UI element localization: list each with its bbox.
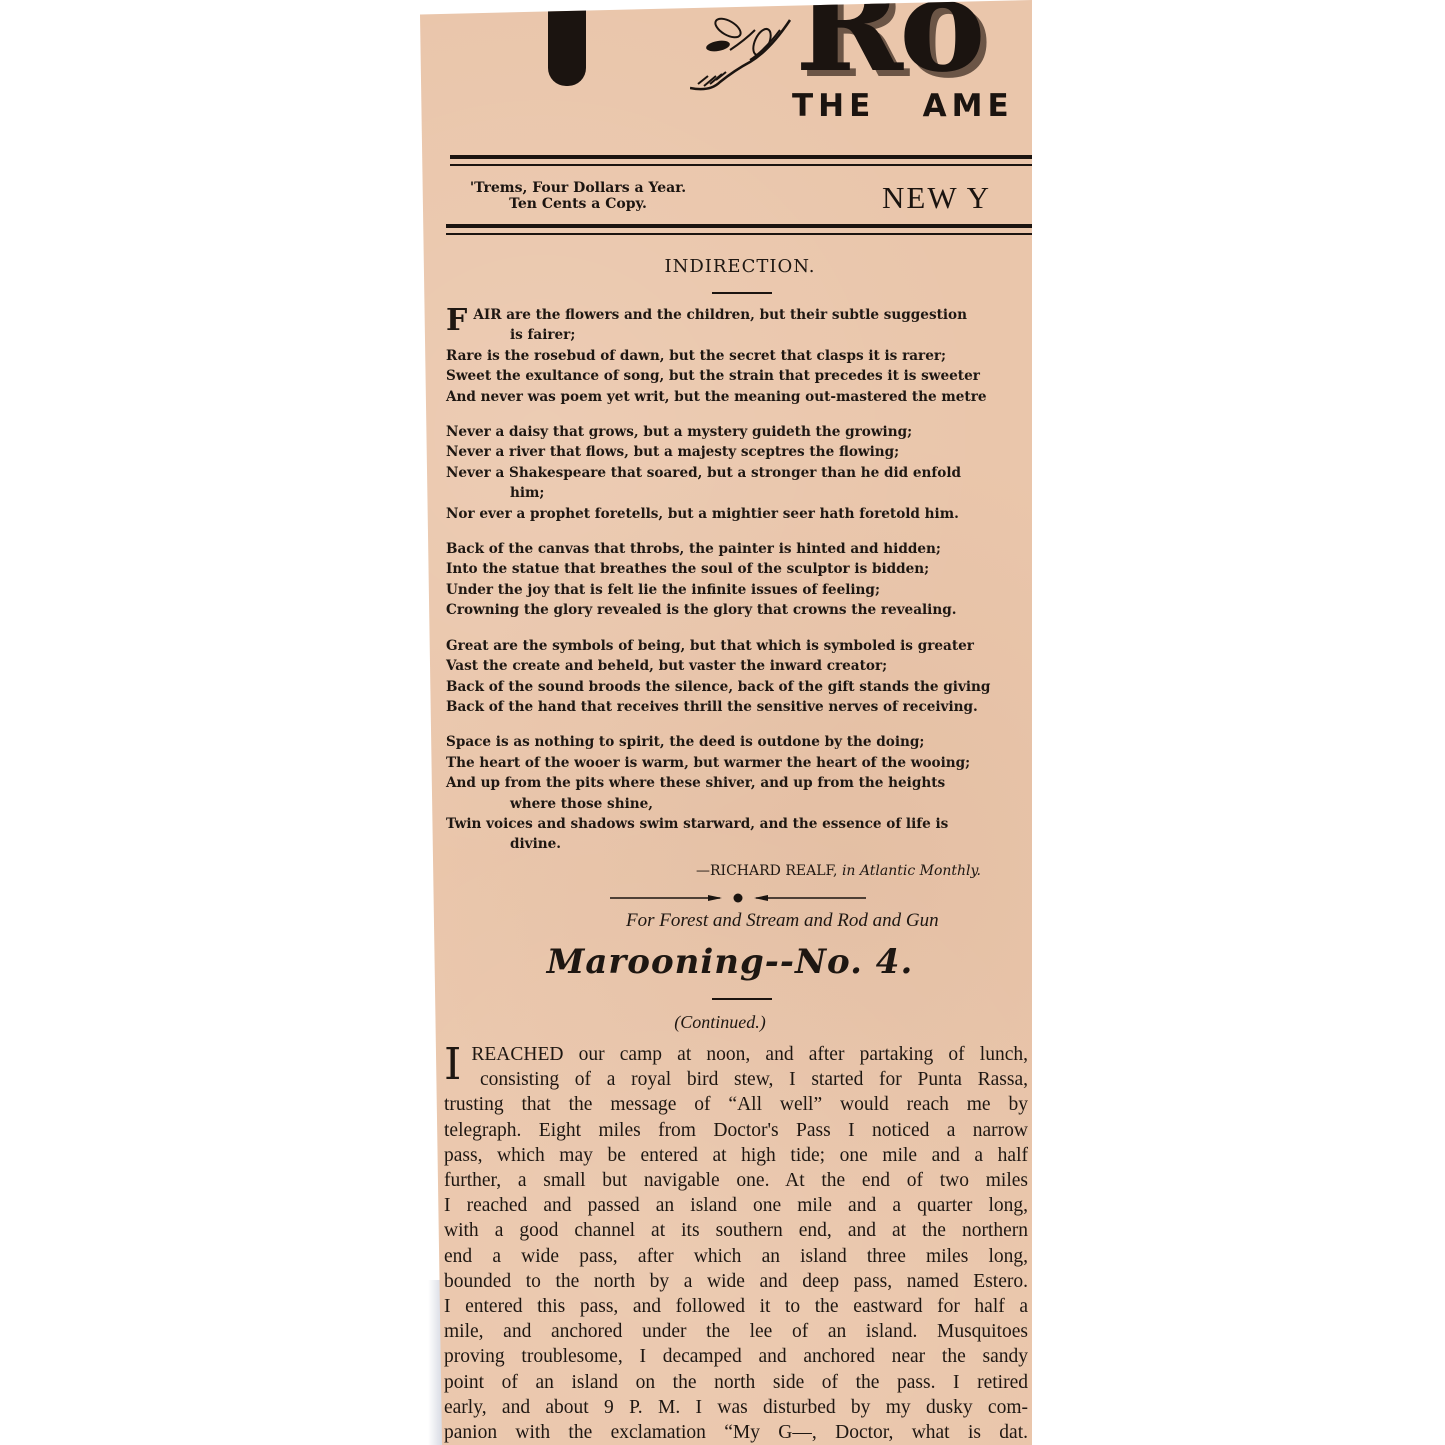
- article-line: telegraph. Eight miles from Doctor's Pas…: [444, 1118, 1028, 1143]
- poem-stanza: FAIR are the flowers and the children, b…: [446, 305, 1032, 407]
- poem-source: in Atlantic Monthly.: [842, 863, 981, 879]
- dateline: NEW Y: [882, 180, 991, 216]
- poem-line: Never a river that flows, but a majesty …: [446, 442, 1032, 462]
- poem-line: The heart of the wooer is warm, but warm…: [446, 753, 1032, 773]
- continued-label: (Continued.): [420, 1012, 1020, 1033]
- poem-stanza: Back of the canvas that throbs, the pain…: [446, 539, 1032, 621]
- poem-line: Back of the canvas that throbs, the pain…: [446, 539, 1032, 559]
- drop-cap: I: [444, 1045, 461, 1085]
- article-line: with a good channel at its southern end,…: [444, 1218, 1028, 1243]
- poem-line: Vast the create and beheld, but vaster t…: [446, 656, 1032, 676]
- article-line: mile, and anchored under the lee of an i…: [444, 1319, 1028, 1344]
- article-line: consisting of a royal bird stew, I start…: [444, 1067, 1028, 1092]
- drop-cap: F: [446, 311, 467, 331]
- poem-line: And never was poem yet writ, but the mea…: [446, 387, 1032, 407]
- vine-ornament-icon: [690, 0, 800, 100]
- poem-line: Back of the sound broods the silence, ba…: [446, 677, 1032, 697]
- article-line: bounded to the north by a wide and deep …: [444, 1269, 1028, 1294]
- article-credit: For Forest and Stream and Rod and Gun: [626, 910, 939, 932]
- terms-price-copy: Ten Cents a Copy.: [428, 196, 728, 212]
- masthead-title: Ro: [795, 0, 982, 101]
- masthead-rule-thick: [450, 155, 1032, 159]
- poem-title: INDIRECTION.: [420, 256, 1032, 277]
- article-line: trusting that the message of “All well” …: [444, 1092, 1028, 1117]
- poem-line: Sweet the exultance of song, but the str…: [446, 366, 1032, 386]
- article-line: I reached and passed an island one mile …: [444, 1193, 1028, 1218]
- poem-line: Back of the hand that receives thrill th…: [446, 697, 1032, 717]
- poem-line: And up from the pits where these shiver,…: [446, 773, 1032, 793]
- poem-line: Crowning the glory revealed is the glory…: [446, 600, 1032, 620]
- section-divider-ornament-icon: [610, 890, 870, 906]
- poem-line: Nor ever a prophet foretells, but a migh…: [446, 504, 1032, 524]
- article-line: end a wide pass, after which an island t…: [444, 1244, 1028, 1269]
- masthead-rule-thin: [450, 164, 1032, 166]
- article-line: point of an island on the north side of …: [444, 1370, 1028, 1395]
- poem-line-continuation: divine.: [446, 834, 1032, 854]
- newspaper-clipping: Ro THE AME 'Trems, Four Dollars a Year. …: [420, 0, 1032, 1445]
- article-title: Marooning--No. 4.: [420, 942, 1032, 982]
- subscription-terms: 'Trems, Four Dollars a Year. Ten Cents a…: [428, 180, 728, 212]
- poem-line: Never a Shakespeare that soared, but a s…: [446, 463, 1032, 483]
- poem-line: FAIR are the flowers and the children, b…: [446, 305, 1032, 325]
- poem-line: Great are the symbols of being, but that…: [446, 636, 1032, 656]
- poem-line: Space is as nothing to spirit, the deed …: [446, 732, 1032, 752]
- poem-line: Into the statue that breathes the soul o…: [446, 559, 1032, 579]
- article-line: proving troublesome, I decamped and anch…: [444, 1344, 1028, 1369]
- poem-stanza: Never a daisy that grows, but a mystery …: [446, 422, 1032, 524]
- poem-line: Never a daisy that grows, but a mystery …: [446, 422, 1032, 442]
- poem-line-continuation: where those shine,: [446, 794, 1032, 814]
- poem-body: FAIR are the flowers and the children, b…: [446, 305, 1032, 870]
- article-line: pass, which may be entered at high tide;…: [444, 1143, 1028, 1168]
- poem-line-continuation: him;: [446, 483, 1032, 503]
- poem-line-continuation: is fairer;: [446, 325, 1032, 345]
- article-line: REACHED our camp at noon, and after part…: [444, 1042, 1028, 1067]
- poem-stanza: Great are the symbols of being, but that…: [446, 636, 1032, 718]
- header-rule-thick: [446, 224, 1032, 228]
- header-rule-thin: [446, 233, 1032, 235]
- poem-line: Under the joy that is felt lie the infin…: [446, 580, 1032, 600]
- poem-attribution: —RICHARD REALF, in Atlantic Monthly.: [696, 863, 981, 879]
- terms-price-year: 'Trems, Four Dollars a Year.: [428, 180, 728, 196]
- poem-title-rule: [712, 292, 772, 294]
- masthead-letter-stroke: [548, 0, 586, 86]
- article-title-rule: [712, 998, 772, 1000]
- article-line: early, and about 9 P. M. I was disturbed…: [444, 1395, 1028, 1420]
- article-line: further, a small but navigable one. At t…: [444, 1168, 1028, 1193]
- masthead-subtitle: THE AME: [792, 88, 1014, 124]
- article-line: I entered this pass, and followed it to …: [444, 1294, 1028, 1319]
- article-body: IREACHED our camp at noon, and after par…: [444, 1042, 1028, 1445]
- article-line: panion with the exclamation “My G—, Doct…: [444, 1420, 1028, 1445]
- poem-line: Twin voices and shadows swim starward, a…: [446, 814, 1032, 834]
- poem-author: —RICHARD REALF,: [696, 863, 837, 879]
- poem-line: Rare is the rosebud of dawn, but the sec…: [446, 346, 1032, 366]
- poem-stanza: Space is as nothing to spirit, the deed …: [446, 732, 1032, 854]
